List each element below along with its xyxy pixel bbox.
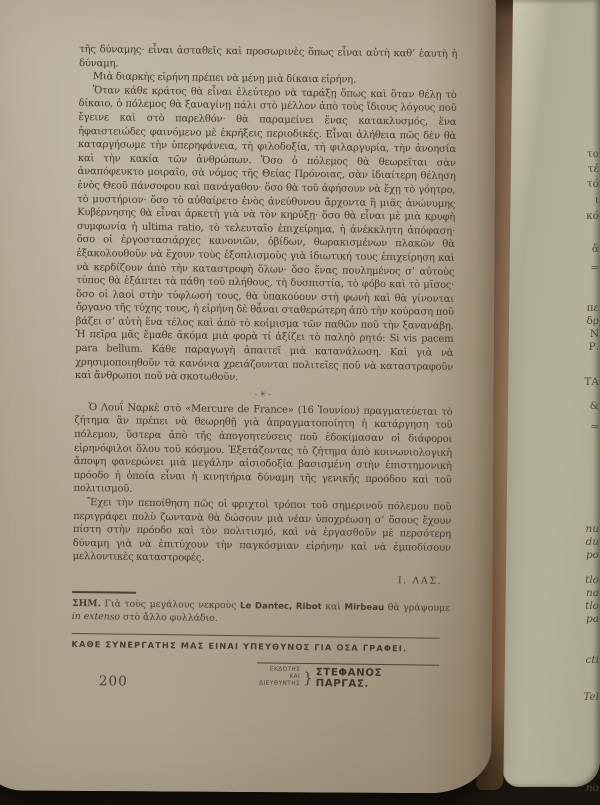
edge-text-fragment: ἄ <box>592 243 599 255</box>
edge-text-fragment: tlo <box>585 600 599 612</box>
publisher-brace: } <box>303 668 313 686</box>
edge-text-fragment: ι <box>595 194 599 206</box>
publisher-credit: ΕΚΔΟΤΗΣ ΚΑΙ ΔΙΕΥΘΥΝΤΗΣ } ΣΤΕΦΑΝΟΣ ΠΑΡΓΑΣ… <box>257 662 439 690</box>
footnote-segment: θὰ γράψουμε <box>384 602 450 614</box>
paragraph: Ὁ Λουΐ Ναρκὲ στὸ «Mercure de France» (16… <box>73 401 452 501</box>
page-number: 200 <box>99 673 128 689</box>
edge-text-fragment: ΤΑ <box>584 376 599 388</box>
article-body: τῆς δύναμης· εἶναι ἀσταθεῖς καὶ προσωριν… <box>72 43 458 628</box>
author-signature: Ι. ΛΑΣ. <box>72 571 450 587</box>
edge-text-fragment: τέ <box>588 163 599 175</box>
responsibility-banner: ΚΑΘΕ ΣΥΝΕΡΓΑΤΗΣ ΜΑΣ ΕΙΝΑΙ ΥΠΕΥΘΥΝΟΣ ΓΙΑ … <box>71 638 439 653</box>
edge-text-fragment: τό <box>587 178 599 190</box>
edge-text-fragment: & <box>590 400 599 412</box>
publisher-role-line: ΔΙΕΥΘΥΝΤΗΣ <box>257 680 300 688</box>
publisher-rule <box>257 662 439 665</box>
edge-text-fragment: na <box>586 587 599 599</box>
footnote-segment: στὸ ἄλλο φυλλάδιο. <box>120 611 218 623</box>
edge-text-fragment: po <box>586 549 599 561</box>
book-photo: τοτέτόικόἄ=πεδρΝΡ.ΤΑ&=nudupotlonatlopact… <box>0 0 600 805</box>
publisher-row: ΕΚΔΟΤΗΣ ΚΑΙ ΔΙΕΥΘΥΝΤΗΣ } ΣΤΕΦΑΝΟΣ ΠΑΡΓΑΣ… <box>257 666 439 690</box>
edge-text-fragment: = <box>590 421 599 433</box>
edge-text-fragment: πε <box>587 302 599 314</box>
page-content: τῆς δύναμης· εἶναι ἀσταθεῖς καὶ προσωριν… <box>0 0 496 796</box>
edge-text-fragment: Ρ. <box>589 341 599 353</box>
edge-text-fragment: = <box>590 262 599 274</box>
edge-text-fragment: du <box>586 536 599 548</box>
section-divider: -✳- <box>75 387 453 401</box>
footnote-text: ΣΗΜ. Γιὰ τοὺς μεγάλους νεκροὺς Le Dantec… <box>72 598 450 628</box>
paragraph: Ὅταν κάθε κράτος θὰ εἶναι ἐλεύτερο νὰ τα… <box>75 84 457 388</box>
edge-text-fragment: nu <box>585 523 599 535</box>
footnote-segment: Γιὰ τοὺς μεγάλους νεκροὺς <box>101 598 240 611</box>
edge-text-fragment: pa <box>586 613 599 625</box>
publisher-role-line: ΕΚΔΟΤΗΣ ΚΑΙ <box>257 666 300 681</box>
footnote-segment: Mirbeau <box>344 602 384 613</box>
book-page: τῆς δύναμης· εἶναι ἀσταθεῖς καὶ προσωριν… <box>0 0 496 794</box>
footnote-segment: in extenso <box>72 611 120 623</box>
footnote-segment: ΣΗΜ. <box>72 598 101 609</box>
edge-text-fragment: Tel <box>583 691 599 703</box>
edge-text-fragment: κό <box>586 210 599 222</box>
edge-text-fragment: Ν <box>590 328 599 340</box>
adjacent-page: τοτέτόικόἄ=πεδρΝΡ.ΤΑ&=nudupotlonatlopact… <box>503 0 600 787</box>
footnote-rule <box>72 591 136 594</box>
edge-text-fragment: tlo <box>585 574 599 586</box>
edge-text-fragment: δρ <box>587 315 600 327</box>
banner-rule <box>72 633 440 639</box>
edge-text-fragment: no <box>586 782 599 794</box>
edge-text-fragment: cti <box>586 654 599 666</box>
publisher-role: ΕΚΔΟΤΗΣ ΚΑΙ ΔΙΕΥΘΥΝΤΗΣ <box>257 666 300 688</box>
footnote-segment: καὶ <box>322 601 345 612</box>
publisher-name: ΣΤΕΦΑΝΟΣ ΠΑΡΓΑΣ. <box>316 667 440 691</box>
paragraph: Ἔχει τὴν πεποίθηση πῶς οἱ φριχτοὶ τρόποι… <box>73 496 452 569</box>
footnote-segment: Le Dantec, Ribot <box>240 601 322 612</box>
edge-text-fragment: το <box>587 148 599 160</box>
